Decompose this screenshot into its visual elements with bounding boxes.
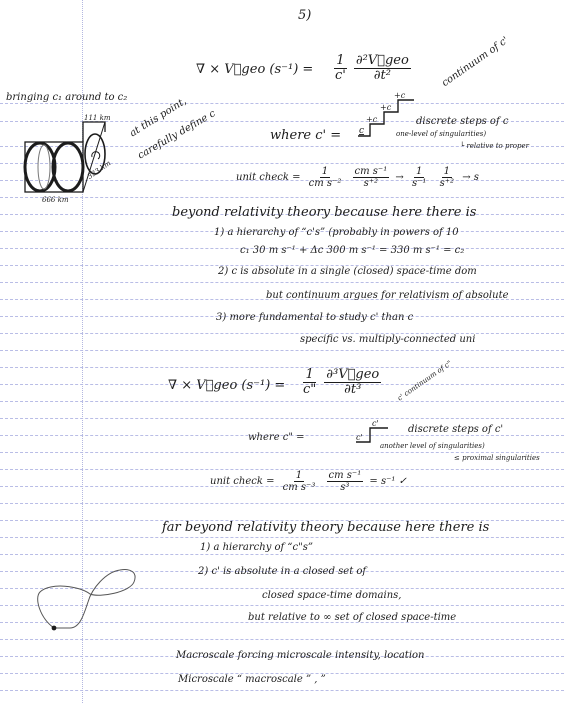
section1-item2: 2) c is absolute in a single (closed) sp…	[218, 266, 477, 277]
eq1-where: where c' =	[270, 128, 341, 143]
section1-item3-cont: specific vs. multiply-connected uni	[300, 334, 475, 345]
uc1-den: cm s⁻³	[281, 482, 318, 493]
section1-item3: 3) more fundamental to study c' than c	[216, 312, 413, 323]
eq1-continuum-note: continuum of c'	[440, 35, 511, 89]
uc1-num: 1	[294, 470, 304, 482]
eq2-steps-note: discrete steps of c'	[408, 424, 503, 435]
page-number: 5)	[298, 8, 311, 23]
section2-item1: 1) a hierarchy of “c"s”	[200, 542, 313, 553]
eq2-lhs: ∇ × V⃗geo (s⁻¹) =	[168, 378, 285, 393]
eq1-relative-note: └ relative to proper	[460, 142, 529, 150]
eq2-staircase: c' c'	[354, 412, 390, 446]
eq2-steps-subnote: another level of singularities)	[380, 442, 485, 450]
eq1-deriv-num: ∂²V⃗geo	[354, 54, 411, 69]
eq2-relative-note: ≤ proximal singularities	[454, 454, 540, 462]
eq2-deriv-den: ∂t³	[342, 383, 363, 397]
unit-check-label: unit check =	[236, 172, 300, 183]
section2-item2-cont2: but relative to ∞ set of closed space-ti…	[248, 612, 456, 623]
unit-check-label: unit check =	[210, 476, 274, 487]
section1-heading: beyond relativity theory because here th…	[172, 205, 476, 220]
uc4-num: 1	[442, 166, 452, 178]
eq1-deriv-den: ∂t²	[372, 69, 393, 83]
eq2-rhs: 1c"∂³V⃗geo∂t³	[298, 368, 384, 398]
eq1-steps-subnote: one-level of singularities)	[396, 130, 486, 138]
svg-text:c: c	[359, 126, 364, 136]
eq2-where: where c" =	[248, 432, 305, 443]
footer-line2: Microscale “ macroscale ” , ”	[178, 674, 326, 685]
section2-item2: 2) c' is absolute in a closed set of	[198, 566, 366, 577]
uc1-den: cm s⁻²	[307, 178, 344, 189]
uc4-den: s⁺²	[438, 178, 456, 189]
uc3-num: 1	[414, 166, 424, 178]
sketch-caption: bringing c₁ around to c₂	[6, 92, 127, 103]
eq1-rhs: 1c'∂²V⃗geo∂t²	[330, 54, 414, 84]
uc-result: = s⁻¹ ✓	[369, 476, 407, 487]
eq1-coef-den: c'	[333, 69, 348, 83]
uc1-num: 1	[320, 166, 330, 178]
figure-eight-sketch	[30, 568, 140, 638]
svg-text:c': c'	[372, 419, 379, 428]
svg-text:c': c'	[356, 433, 363, 442]
eq2-deriv-num: ∂³V⃗geo	[324, 368, 381, 383]
cylinder-sketch	[20, 112, 130, 222]
eq2-coef-num: 1	[303, 368, 315, 383]
section1-item1: 1) a hierarchy of “c's” (probably in pow…	[214, 227, 459, 238]
section2-heading: far beyond relativity theory because her…	[162, 520, 489, 535]
eq1-unit-check: unit check = 1cm s⁻² cm s⁻¹s⁺² → 1s⁻¹ 1s…	[236, 166, 479, 189]
eq1-coef-num: 1	[334, 54, 346, 69]
eq1-steps-note: discrete steps of c	[416, 116, 508, 127]
footer-line1: Macroscale forcing microscale intensity,…	[176, 650, 425, 661]
svg-text:+c: +c	[380, 103, 392, 112]
eq2-continuum-note: c' continuum of c"	[396, 359, 453, 402]
uc3-den: s⁻¹	[410, 178, 428, 189]
sketch-label-top: 111 km	[84, 114, 110, 122]
uc2-den: s⁺²	[362, 178, 380, 189]
uc-result: → s	[462, 172, 479, 183]
uc2-den: s³	[338, 482, 351, 493]
sketch-label-bottom: 666 km	[42, 196, 68, 204]
uc2-num: cm s⁻¹	[327, 470, 364, 482]
arrow-icon: →	[395, 172, 403, 183]
eq2-coef-den: c"	[301, 383, 318, 397]
eq1-lhs: ∇ × V⃗geo (s⁻¹) =	[196, 62, 313, 77]
eq2-unit-check: unit check = 1cm s⁻³ cm s⁻¹s³ = s⁻¹ ✓	[210, 470, 407, 493]
section2-item2-cont: closed space-time domains,	[262, 590, 401, 601]
uc2-num: cm s⁻¹	[353, 166, 390, 178]
svg-text:+c: +c	[394, 91, 406, 100]
section1-item2-cont: but continuum argues for relativism of a…	[266, 290, 509, 301]
section1-item1-eq: c₁ 30 m s⁻¹ + Δc 300 m s⁻¹ = 330 m s⁻¹ =…	[240, 245, 464, 256]
svg-text:+c: +c	[366, 115, 378, 124]
